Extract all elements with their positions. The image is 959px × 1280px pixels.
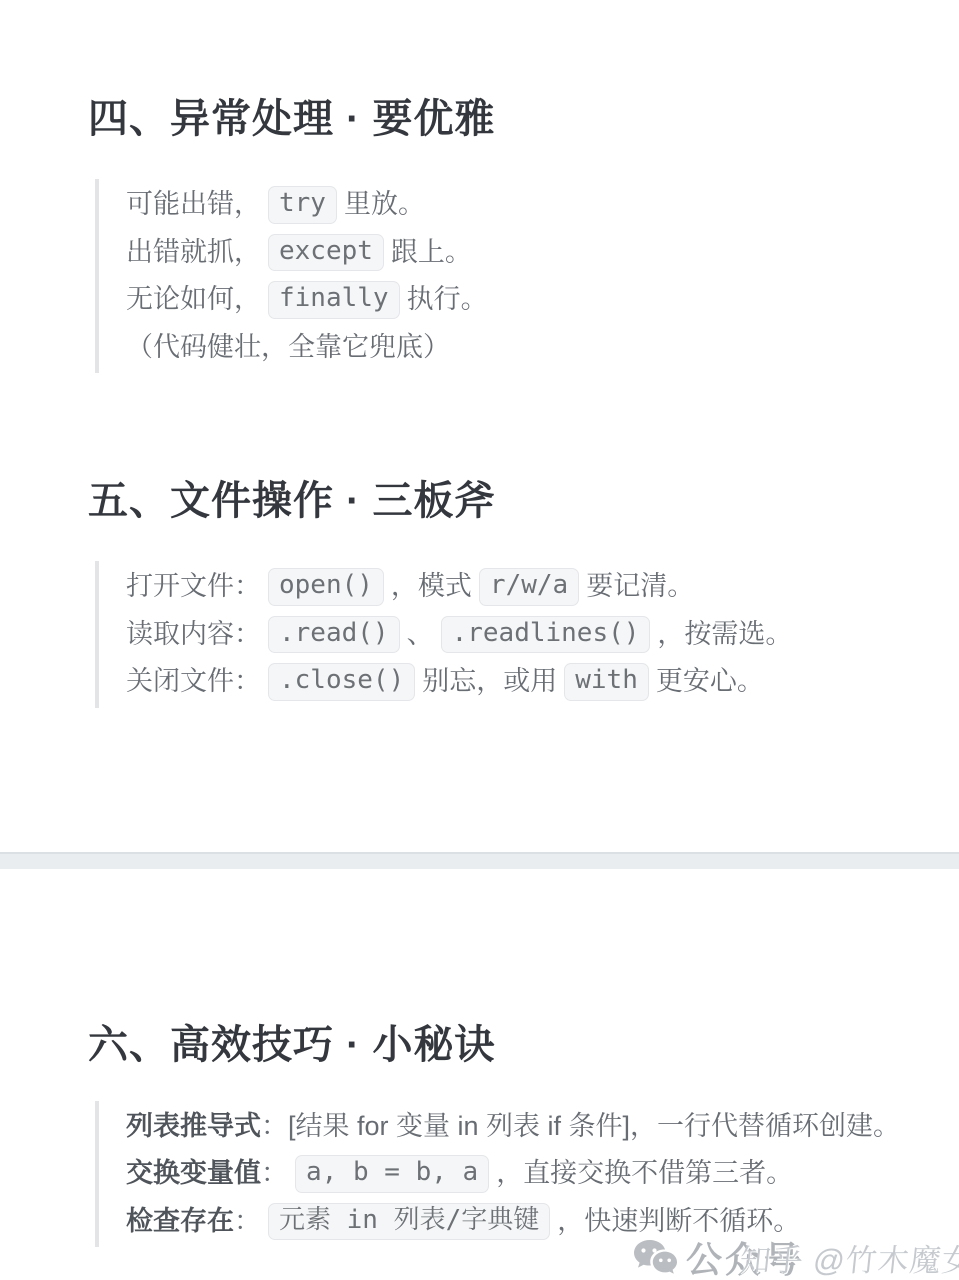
inline-code: try (268, 186, 337, 224)
tip-label: 交换变量值 (126, 1158, 261, 1188)
quote-block: 列表推导式：[结果 for 变量 in 列表 if 条件]，一行代替循环创建。 … (95, 1101, 939, 1248)
quote-line: 可能出错，try里放。 (126, 181, 939, 229)
page-divider (0, 852, 959, 869)
text-run: ： (261, 1158, 288, 1188)
text-run: 要记清。 (586, 571, 694, 601)
tip-label: 列表推导式 (126, 1111, 261, 1141)
quote-line: 检查存在：元素 in 列表/字典键，快速判断不循环。 (126, 1198, 939, 1246)
inline-code: open() (268, 568, 384, 606)
inline-code: with (564, 663, 649, 701)
inline-code: .close() (268, 663, 415, 701)
text-run: ，模式 (391, 571, 472, 601)
text-run: 可能出错， (126, 189, 261, 219)
quote-line: 读取内容：.read()、.readlines()，按需选。 (126, 611, 939, 659)
quote-line: 交换变量值：a, b = b, a，直接交换不借第三者。 (126, 1150, 939, 1198)
section-heading: 五、文件操作 · 三板斧 (0, 479, 959, 523)
text-run: ，直接交换不借第三者。 (496, 1158, 793, 1188)
quote-line: 打开文件：open()，模式r/w/a要记清。 (126, 563, 939, 611)
text-run: 别忘，或用 (422, 666, 557, 696)
article: 四、异常处理 · 要优雅 可能出错，try里放。 出错就抓，except跟上。 … (0, 0, 959, 1247)
section-file-operations: 五、文件操作 · 三板斧 打开文件：open()，模式r/w/a要记清。 读取内… (0, 479, 959, 708)
tip-label: 检查存在 (126, 1206, 234, 1236)
inline-code: .readlines() (441, 616, 651, 654)
inline-code: except (268, 234, 384, 272)
text-run: 读取内容： (126, 619, 261, 649)
text-run: （代码健壮，全靠它兜底） (126, 332, 450, 362)
inline-code: 元素 in 列表/字典键 (268, 1203, 550, 1241)
text-run: 无论如何， (126, 284, 261, 314)
quote-line: 关闭文件：.close()别忘，或用with更安心。 (126, 658, 939, 706)
quote-line: 出错就抓，except跟上。 (126, 229, 939, 277)
quote-line: 无论如何，finally执行。 (126, 276, 939, 324)
text-run: 跟上。 (391, 237, 472, 267)
inline-code: finally (268, 281, 400, 319)
inline-code: .read() (268, 616, 400, 654)
section-efficiency-tips: 六、高效技巧 · 小秘诀 列表推导式：[结果 for 变量 in 列表 if 条… (0, 1023, 959, 1248)
quote-block: 可能出错，try里放。 出错就抓，except跟上。 无论如何，finally执… (95, 179, 939, 373)
section-heading: 四、异常处理 · 要优雅 (0, 0, 959, 141)
text-run: 出错就抓， (126, 237, 261, 267)
text-run: 打开文件： (126, 571, 261, 601)
text-run: 、 (407, 619, 434, 649)
section-heading: 六、高效技巧 · 小秘诀 (0, 1023, 959, 1067)
quote-line: 列表推导式：[结果 for 变量 in 列表 if 条件]，一行代替循环创建。 (126, 1103, 939, 1151)
text-run: ，快速判断不循环。 (557, 1206, 800, 1236)
text-run: 里放。 (344, 189, 425, 219)
quote-block: 打开文件：open()，模式r/w/a要记清。 读取内容：.read()、.re… (95, 561, 939, 708)
text-run: ：[结果 for 变量 in 列表 if 条件]，一行代替循环创建。 (261, 1111, 900, 1141)
inline-code: a, b = b, a (295, 1155, 489, 1193)
text-run: ： (234, 1206, 261, 1236)
text-run: 关闭文件： (126, 666, 261, 696)
text-run: ，按需选。 (657, 619, 792, 649)
text-run: 更安心。 (656, 666, 764, 696)
quote-line: （代码健壮，全靠它兜底） (126, 324, 939, 372)
inline-code: r/w/a (479, 568, 579, 606)
text-run: 执行。 (407, 284, 488, 314)
section-exception-handling: 四、异常处理 · 要优雅 可能出错，try里放。 出错就抓，except跟上。 … (0, 0, 959, 373)
